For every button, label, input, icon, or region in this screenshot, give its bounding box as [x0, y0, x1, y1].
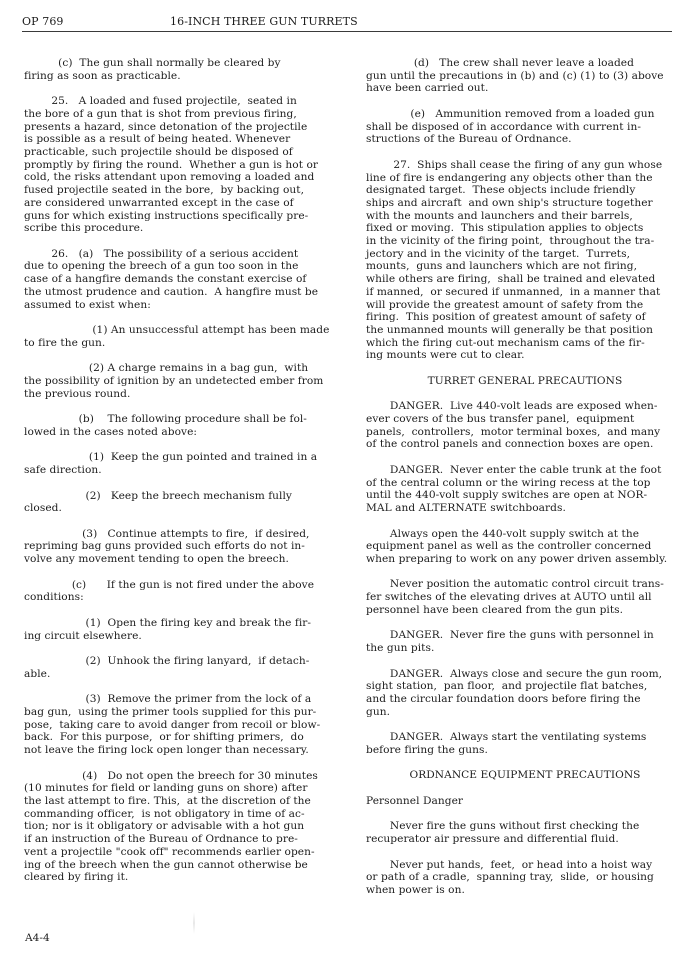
- paragraph-danger-440-volt-leads: DANGER. Live 440-volt leads are exposed …: [366, 400, 684, 451]
- paragraph-26b: (b) The following procedure shall be fol…: [24, 413, 339, 438]
- paragraph-26a2: (2) A charge remains in a bag gun, with …: [24, 362, 339, 400]
- paragraph-26a: 26. (a) The possibility of a serious acc…: [24, 248, 339, 312]
- paragraph-24c: (c) The gun shall normally be cleared by…: [24, 57, 339, 82]
- paragraph-26c4: (4) Do not open the breech for 30 minute…: [24, 770, 339, 884]
- section-heading-ordnance-equipment-precautions: ORDNANCE EQUIPMENT PRECAUTIONS: [366, 769, 684, 782]
- section-heading-turret-general-precautions: TURRET GENERAL PRECAUTIONS: [366, 375, 684, 388]
- running-header: OP 769 16-INCH THREE GUN TURRETS: [22, 14, 672, 32]
- paragraph-26a1: (1) An unsuccessful attempt has been mad…: [24, 324, 339, 349]
- page-number: A4-4: [25, 932, 50, 944]
- paragraph-open-supply-switch: Always open the 440-volt supply switch a…: [366, 528, 684, 566]
- paragraph-25: 25. A loaded and fused projectile, seate…: [24, 95, 339, 235]
- paragraph-26c3: (3) Remove the primer from the lock of a…: [24, 693, 339, 757]
- paragraph-27: 27. Ships shall cease the firing of any …: [366, 159, 684, 362]
- right-column: (d) The crew shall never leave a loaded …: [366, 57, 684, 910]
- paragraph-danger-cable-trunk: DANGER. Never enter the cable trunk at t…: [366, 464, 684, 515]
- subheading-personnel-danger: Personnel Danger: [366, 795, 684, 808]
- paragraph-recuperator-check: Never fire the guns without first checki…: [366, 820, 684, 845]
- paragraph-26b2: (2) Keep the breech mechanism fully clos…: [24, 490, 339, 515]
- paragraph-hoist-way: Never put hands, feet, or head into a ho…: [366, 859, 684, 897]
- paragraph-danger-ventilating: DANGER. Always start the ventilating sys…: [366, 731, 684, 756]
- page-title: 16-INCH THREE GUN TURRETS: [170, 15, 358, 28]
- paragraph-danger-gun-pits: DANGER. Never fire the guns with personn…: [366, 629, 684, 654]
- left-column: (c) The gun shall normally be cleared by…: [24, 57, 339, 897]
- paragraph-26c2: (2) Unhook the firing lanyard, if detach…: [24, 655, 339, 680]
- paragraph-26b1: (1) Keep the gun pointed and trained in …: [24, 451, 339, 476]
- scan-mark: [193, 912, 195, 934]
- paragraph-transfer-switches: Never position the automatic control cir…: [366, 578, 684, 616]
- paragraph-26c: (c) If the gun is not fired under the ab…: [24, 579, 339, 604]
- paragraph-26c1: (1) Open the firing key and break the fi…: [24, 617, 339, 642]
- paragraph-danger-close-secure: DANGER. Always close and secure the gun …: [366, 668, 684, 719]
- paragraph-26d: (d) The crew shall never leave a loaded …: [366, 57, 684, 95]
- document-code: OP 769: [22, 15, 64, 28]
- paragraph-26e: (e) Ammunition removed from a loaded gun…: [366, 108, 684, 146]
- paragraph-26b3: (3) Continue attempts to fire, if desire…: [24, 528, 339, 566]
